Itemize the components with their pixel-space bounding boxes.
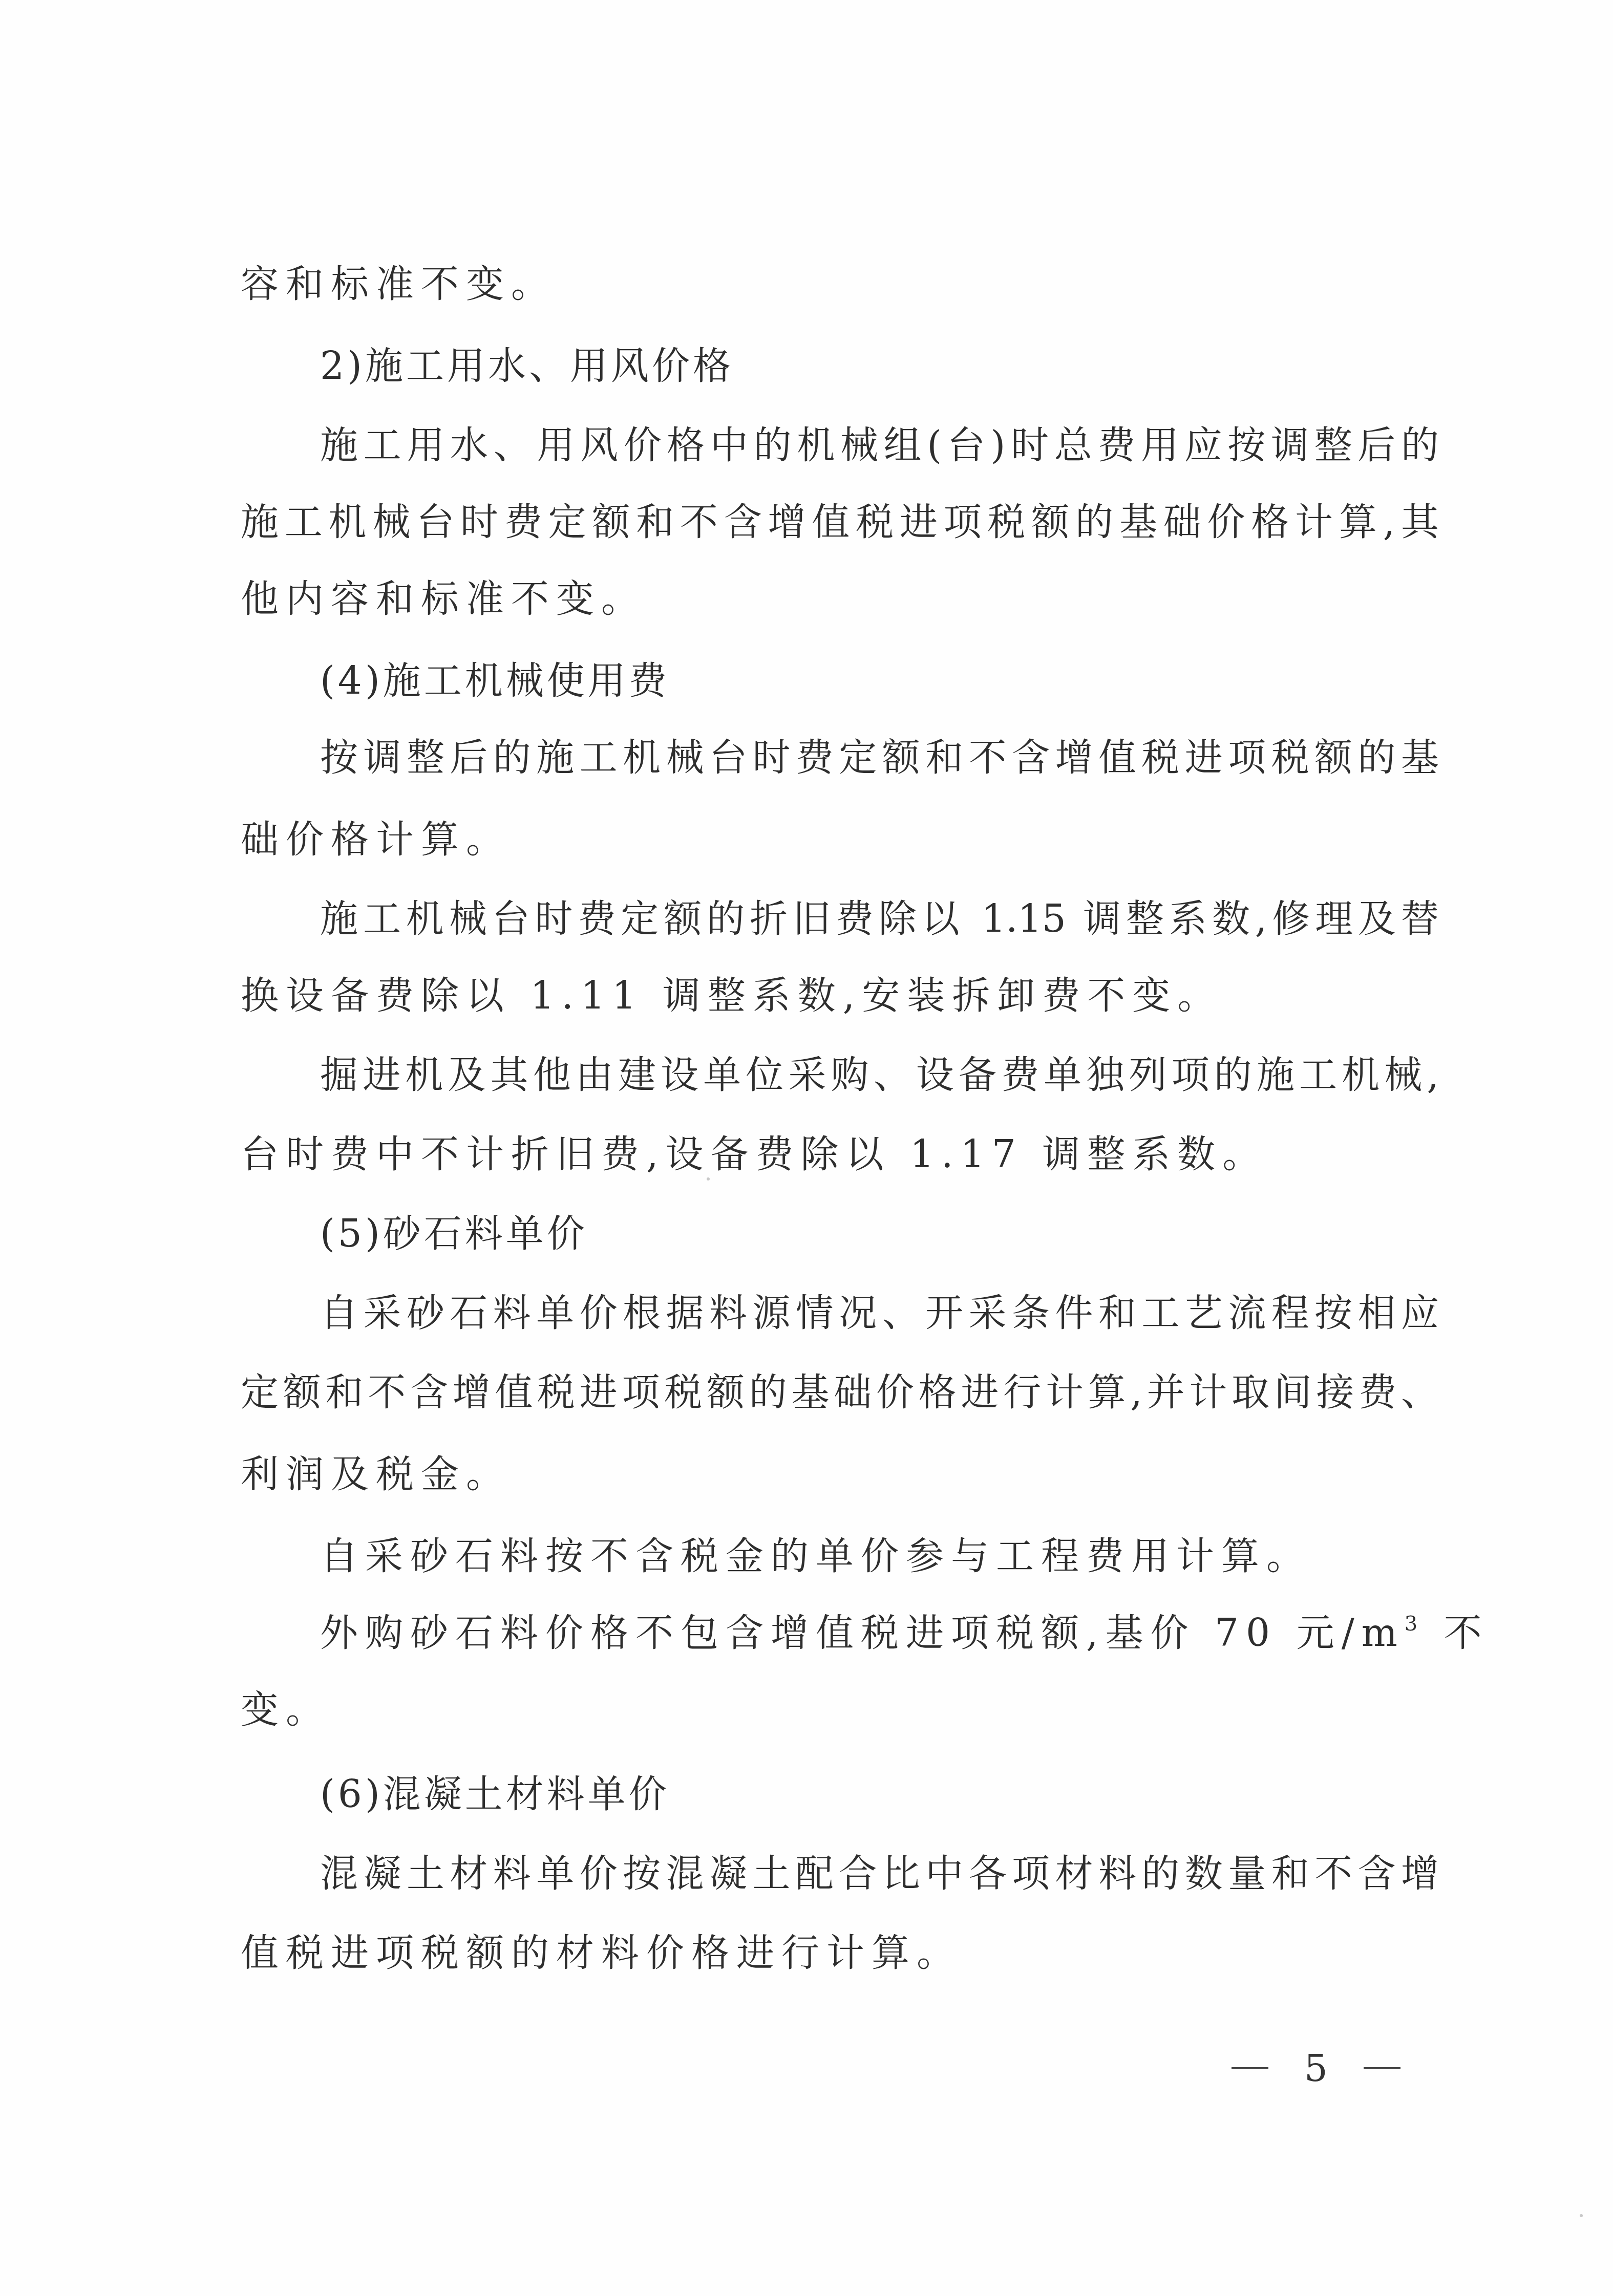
paragraph-line: 值税进项税额的材料价格进行计算。 [241, 1927, 962, 1979]
section-heading-aggregate-unit-price: (5)砂石料单价 [320, 1208, 588, 1259]
paragraph-line: 自采砂石料按不含税金的单价参与工程费用计算。 [320, 1531, 1311, 1582]
scan-speck [1580, 2214, 1583, 2217]
paragraph-line: 他内容和标准不变。 [241, 573, 646, 625]
paragraph-line: 定额和不含增值税进项税额的基础价格进行计算,并计取间接费、 [241, 1367, 1439, 1418]
paragraph-line: 变。 [241, 1684, 331, 1735]
paragraph-line: 施工用水、用风价格中的机械组(台)时总费用应按调整后的 [320, 420, 1439, 471]
paragraph-line: 施工机械台时费定额的折旧费除以 1.15 调整系数,修理及替 [320, 893, 1439, 945]
section-heading-concrete-material-price: (6)混凝土材料单价 [320, 1769, 670, 1820]
dash-left [1232, 2067, 1268, 2069]
paragraph-line: 混凝土材料单价按混凝土配合比中各项材料的数量和不含增 [320, 1848, 1439, 1899]
page-number: 5 [1232, 2045, 1400, 2091]
dash-right [1364, 2067, 1400, 2069]
page-number-value: 5 [1304, 2047, 1328, 2090]
subsection-heading-water-air-price: 2)施工用水、用风价格 [320, 340, 734, 392]
paragraph-line-base-price: 外购砂石料价格不包含增值税进项税额,基价 70 元/m3 不 [320, 1607, 1489, 1659]
paragraph-line: 容和标准不变。 [241, 259, 556, 310]
paragraph-line: 换设备费除以 1.11 调整系数,安装拆卸费不变。 [241, 970, 1222, 1021]
base-price-text-tail: 不 [1425, 1611, 1489, 1655]
paragraph-line: 施工机械台时费定额和不含增值税进项税额的基础价格计算,其 [241, 497, 1439, 548]
paragraph-line: 台时费中不计折旧费,设备费除以 1.17 调整系数。 [241, 1129, 1267, 1180]
paragraph-line: 础价格计算。 [241, 814, 511, 865]
cubic-superscript: 3 [1405, 1612, 1425, 1636]
base-price-text: 外购砂石料价格不包含增值税进项税额,基价 70 元/m [320, 1611, 1405, 1655]
paragraph-line: 自采砂石料单价根据料源情况、开采条件和工艺流程按相应 [320, 1288, 1439, 1339]
paragraph-line: 按调整后的施工机械台时费定额和不含增值税进项税额的基 [320, 732, 1439, 783]
section-heading-machinery-usage-fee: (4)施工机械使用费 [320, 655, 670, 706]
paragraph-line: 掘进机及其他由建设单位采购、设备费单独列项的施工机械, [320, 1049, 1439, 1101]
scan-speck [707, 1177, 710, 1181]
paragraph-line: 利润及税金。 [241, 1449, 511, 1500]
document-page: 容和标准不变。 2)施工用水、用风价格 施工用水、用风价格中的机械组(台)时总费… [0, 0, 1613, 2296]
